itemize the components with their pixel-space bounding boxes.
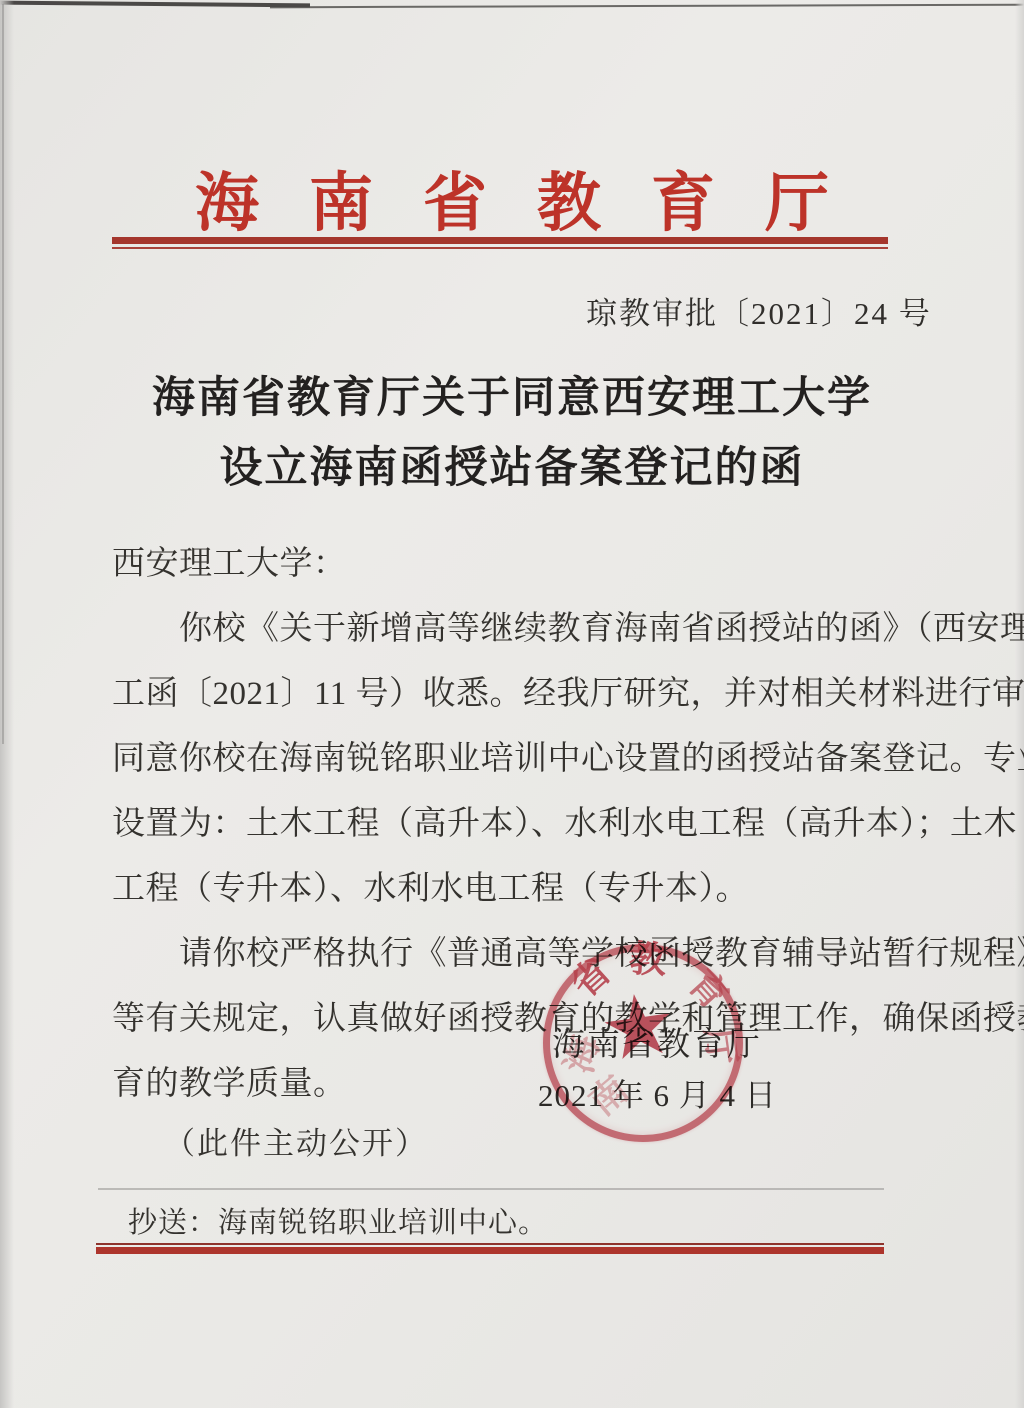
body-line: 你校《关于新增高等继续教育海南省函授站的函》（西安理 [112, 597, 912, 662]
cc-line: 抄送：海南锐铭职业培训中心。 [128, 1200, 548, 1241]
agency-letterhead-title: 海南省教育厅 [0, 152, 1024, 244]
body-line: 同意你校在海南锐铭职业培训中心设置的函授站备案登记。专业 [112, 727, 912, 792]
scan-top-edge-artifact [0, 1, 310, 8]
disclosure-note: （此件主动公开） [164, 1118, 428, 1163]
letter-title-line1: 海南省教育厅关于同意西安理工大学 [0, 364, 1024, 425]
salutation-line: 西安理工大学： [112, 532, 912, 597]
letterhead-rule-thin [112, 247, 888, 249]
seal-star-icon: ★ [594, 979, 682, 1075]
official-seal: ★ 省 教 育 厅 海 南 [543, 944, 743, 1142]
seal-arc-char: 厅 [699, 1026, 741, 1068]
letterhead-rule-thick [112, 237, 888, 244]
body-line: 工函〔2021〕11 号）收悉。经我厅研究，并对相关材料进行审核， [112, 662, 912, 727]
letter-body: 西安理工大学： 你校《关于新增高等继续教育海南省函授站的函》（西安理 工函〔20… [112, 532, 912, 1117]
body-line: 设置为：土木工程（高升本）、水利水电工程（高升本）；土木 [112, 792, 912, 857]
body-line: 工程（专升本）、水利水电工程（专升本）。 [112, 857, 912, 922]
body-line: 育的教学质量。 [112, 1052, 912, 1117]
scan-top-edge-artifact [270, 4, 1024, 9]
scanned-letter-page: 海南省教育厅 琼教审批〔2021〕24 号 海南省教育厅关于同意西安理工大学 设… [0, 0, 1024, 1408]
letter-title-line2: 设立海南函授站备案登记的函 [0, 434, 1024, 495]
cc-separator-line [98, 1188, 884, 1190]
footer-rule-thick [96, 1247, 884, 1254]
seal-arc-char: 教 [628, 941, 667, 980]
body-line: 请你校严格执行《普通高等学校函授教育辅导站暂行规程》 [112, 922, 912, 987]
document-number: 琼教审批〔2021〕24 号 [586, 288, 932, 333]
footer-rule-thin [96, 1243, 884, 1245]
body-line: 等有关规定，认真做好函授教育的教学和管理工作，确保函授教 [112, 987, 912, 1052]
